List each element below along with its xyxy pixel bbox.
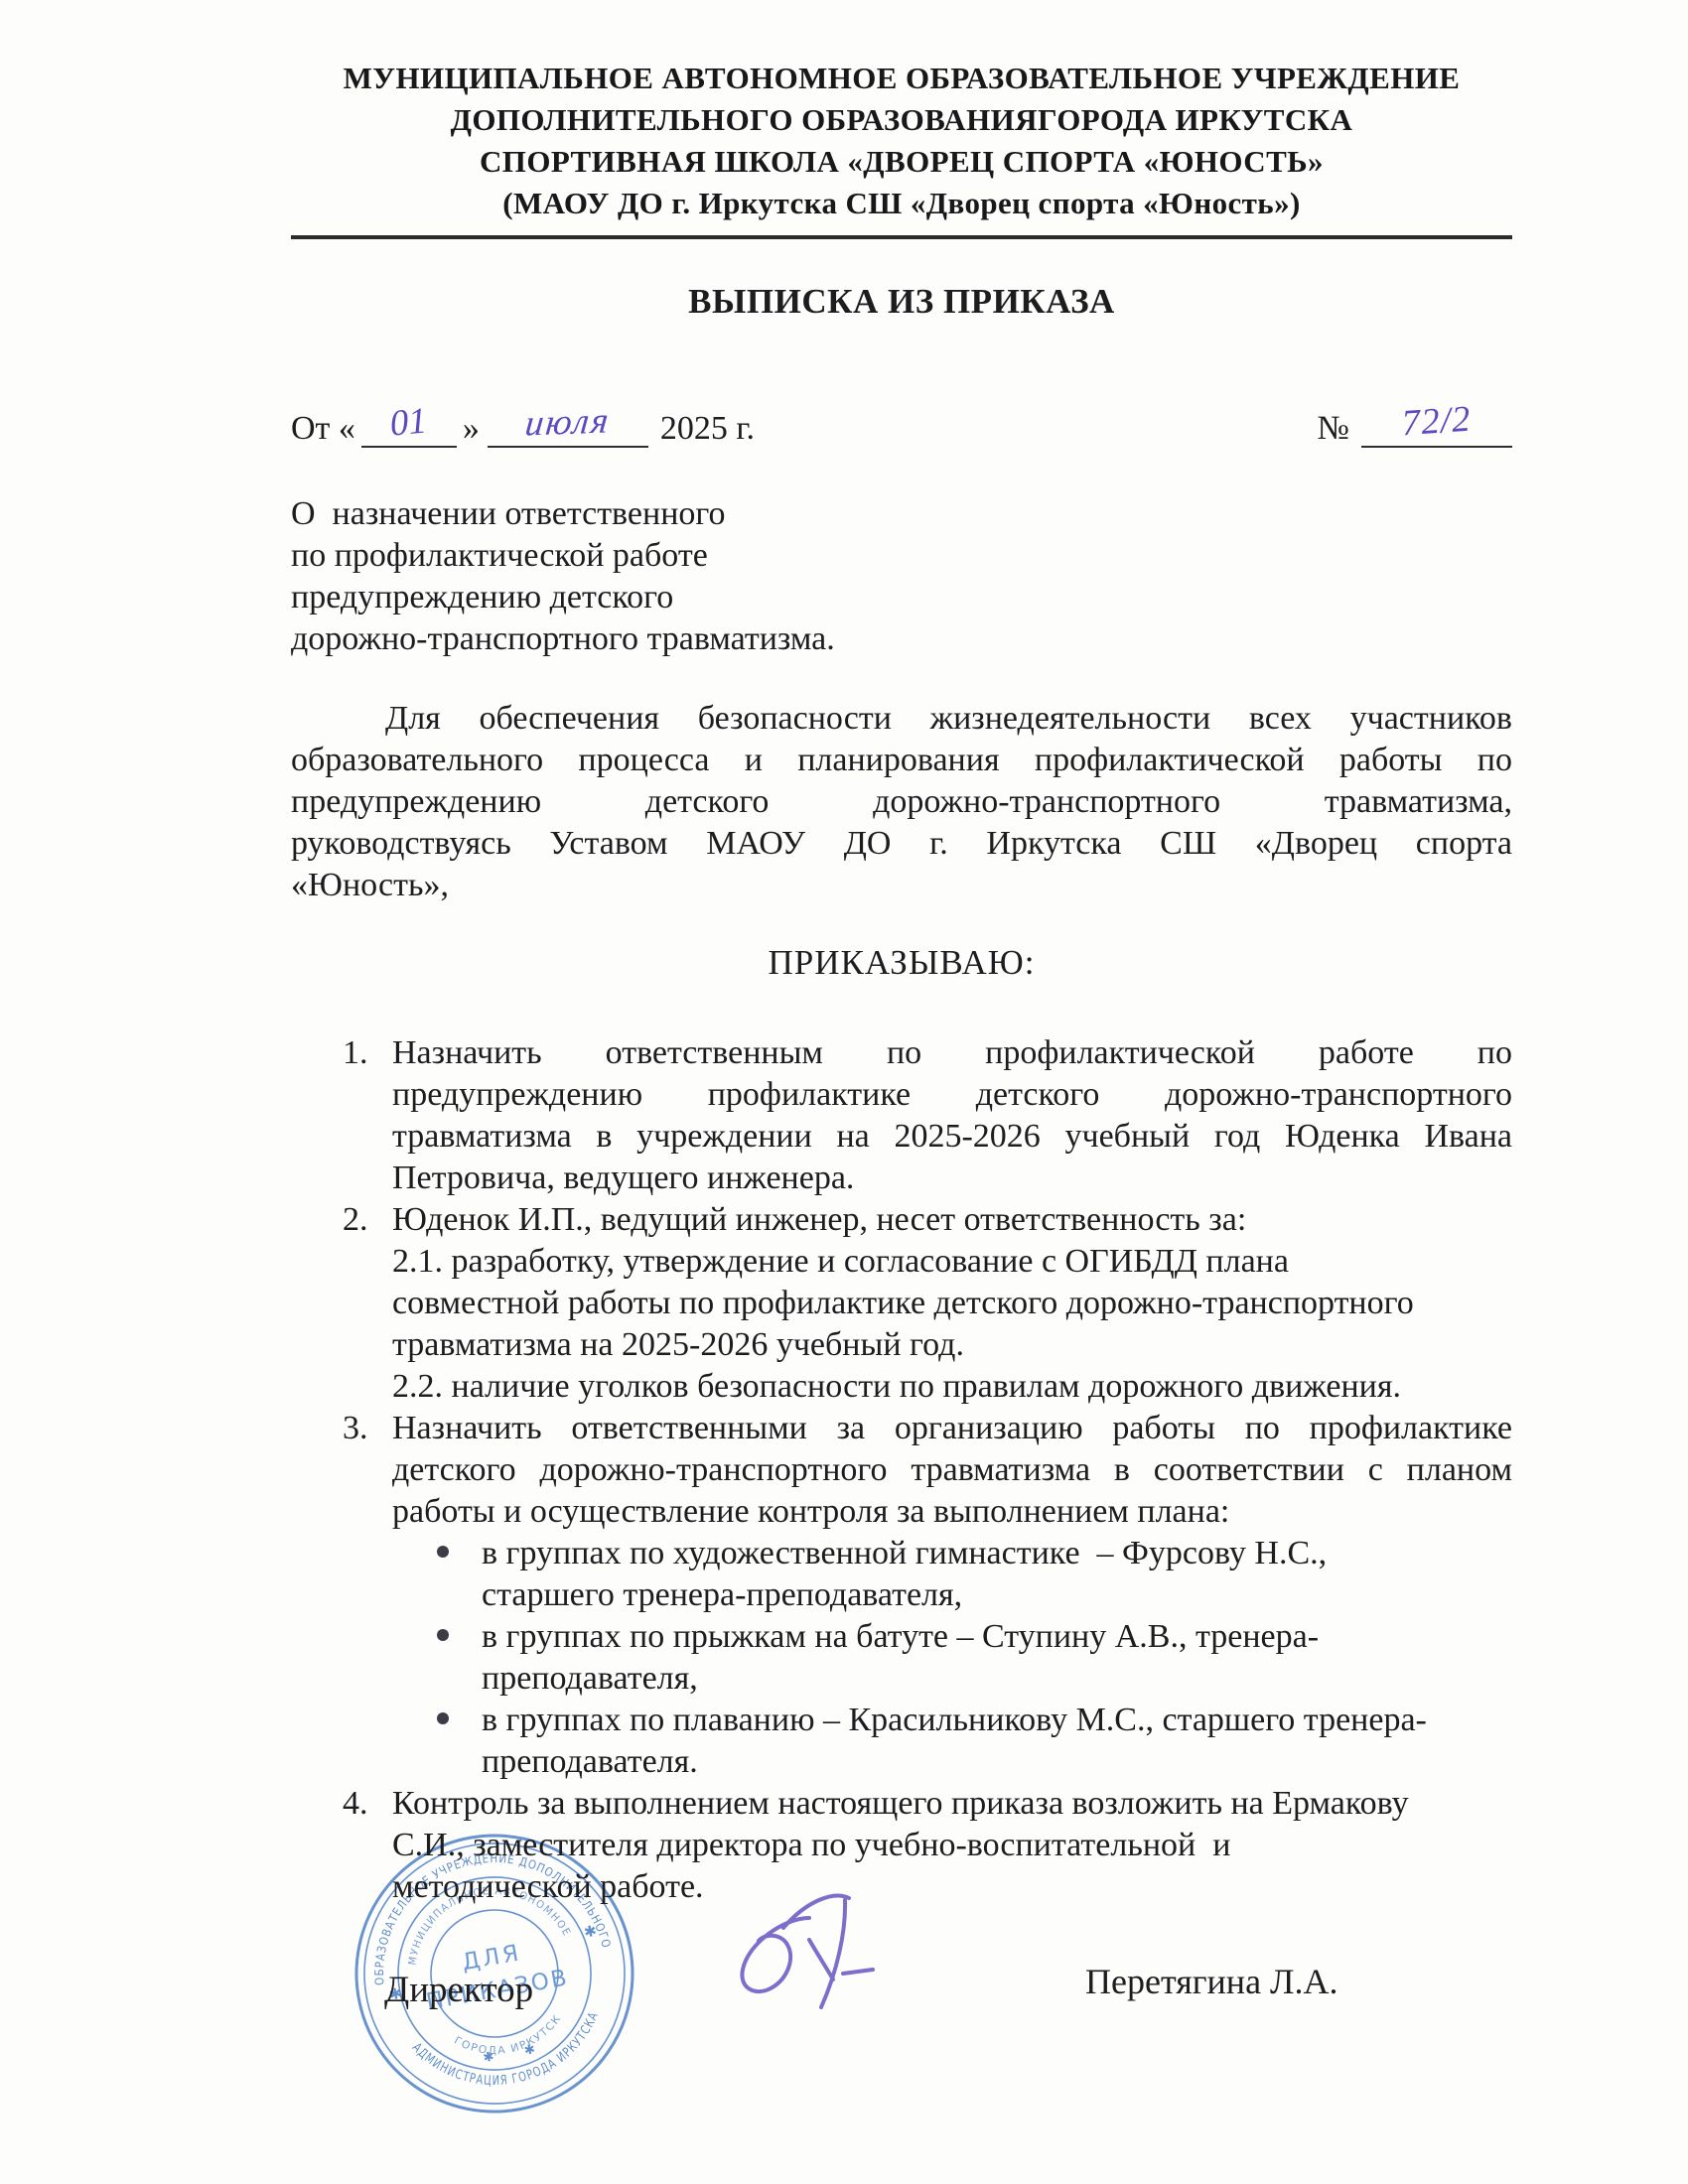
bullet-line: в группах по художественной гимнастике –… [482, 1533, 1512, 1574]
bullet-text: в группах по плаванию – Красильникову М.… [482, 1700, 1512, 1783]
sub-item-line: 2.1. разработку, утверждение и согласова… [392, 1241, 1512, 1283]
bullet-dot-icon [437, 1546, 449, 1558]
bullet-line: в группах по прыжкам на батуте – Ступину… [482, 1616, 1512, 1658]
item-number: 1. [343, 1032, 392, 1199]
org-name-line-4: (МАОУ ДО г. Иркутска СШ «Дворец спорта «… [291, 183, 1512, 224]
date-day-handwritten: 01 [389, 401, 429, 444]
subject-line-2: по профилактической работе [291, 535, 835, 577]
sub-item-line: травматизма на 2025-2026 учебный год. [392, 1324, 1512, 1366]
list-item-2: 2. Юденок И.П., ведущий инженер, несет о… [343, 1199, 1512, 1408]
handwritten-signature [726, 1882, 880, 2026]
org-name-line-1: МУНИЦИПАЛЬНОЕ АВТОНОМНОЕ ОБРАЗОВАТЕЛЬНОЕ… [291, 58, 1512, 99]
body-line: предупреждению детского дорожно-транспор… [291, 781, 1512, 823]
bullet-text: в группах по прыжкам на батуте – Ступину… [482, 1616, 1512, 1700]
bullet-line: в группах по плаванию – Красильникову М.… [482, 1700, 1512, 1741]
item-line: С.И., заместителя директора по учебно-во… [392, 1825, 1512, 1866]
item-number: 4. [343, 1783, 392, 1908]
item-line: Петровича, ведущего инженера. [392, 1158, 1512, 1199]
item-line: Назначить ответственными за организацию … [392, 1408, 1512, 1449]
bullet-item-1: в группах по художественной гимнастике –… [437, 1533, 1512, 1616]
bullet-line: преподавателя. [482, 1741, 1512, 1783]
subject-line-1: О назначении ответственного [291, 493, 835, 535]
body-line: «Юность», [291, 865, 1512, 906]
stamp-ring-text-bottom: АДМИНИСТРАЦИЯ ГОРОДА ИРКУТСКА [407, 2007, 612, 2104]
item-line: детского дорожно-транспортного травматиз… [392, 1449, 1512, 1491]
item-line: Назначить ответственным по профилактичес… [392, 1032, 1512, 1074]
bullet-dot-cell [437, 1700, 482, 1783]
date-month-underline: июля [488, 405, 648, 448]
item-content: Юденок И.П., ведущий инженер, несет отве… [392, 1199, 1512, 1408]
order-number-label: № [1318, 410, 1349, 448]
body-line: руководствуясь Уставом МАОУ ДО г. Иркутс… [291, 823, 1512, 865]
item-line: травматизма в учреждении на 2025-2026 уч… [392, 1116, 1512, 1158]
subject-line-4: дорожно-транспортного травматизма. [291, 618, 835, 660]
date-year: 2025 г. [660, 410, 755, 448]
item-line: Юденок И.П., ведущий инженер, несет отве… [392, 1199, 1512, 1241]
date-day-underline: 01 [361, 405, 457, 448]
list-item-3: 3. Назначить ответственными за организац… [343, 1408, 1512, 1783]
date-number-row: От « 01 » июля 2025 г. № 72/2 [291, 405, 1512, 448]
item-content: Назначить ответственным по профилактичес… [392, 1032, 1512, 1199]
sub-item-line: 2.2. наличие уголков безопасности по пра… [392, 1366, 1512, 1408]
list-item-1: 1. Назначить ответственным по профилакти… [343, 1032, 1512, 1199]
bullet-text: в группах по художественной гимнастике –… [482, 1533, 1512, 1616]
bullet-item-2: в группах по прыжкам на батуте – Ступину… [437, 1616, 1512, 1700]
bullet-item-3: в группах по плаванию – Красильникову М.… [437, 1700, 1512, 1783]
item-line: Контроль за выполнением настоящего прика… [392, 1783, 1512, 1825]
document-page: МУНИЦИПАЛЬНОЕ АВТОНОМНОЕ ОБРАЗОВАТЕЛЬНОЕ… [0, 0, 1688, 2184]
header-divider-rule [291, 235, 1512, 239]
bullet-dot-icon [437, 1629, 449, 1641]
body-line: образовательного процесса и планирования… [291, 740, 1512, 781]
signature-stroke [809, 1940, 833, 1979]
item-number: 2. [343, 1199, 392, 1408]
order-number-underline: 72/2 [1361, 405, 1512, 448]
signatory-name: Перетягина Л.А. [1085, 1961, 1337, 2002]
signature-stroke [821, 1900, 845, 2007]
item-content: Контроль за выполнением настоящего прика… [392, 1783, 1512, 1908]
bullet-line: старшего тренера-преподавателя, [482, 1574, 1512, 1616]
org-name-line-3: СПОРТИВНАЯ ШКОЛА «ДВОРЕЦ СПОРТА «ЮНОСТЬ» [291, 141, 1512, 183]
doc-title: ВЫПИСКА ИЗ ПРИКАЗА [291, 282, 1512, 322]
org-name-line-2: ДОПОЛНИТЕЛЬНОГО ОБРАЗОВАНИЯГОРОДА ИРКУТС… [291, 99, 1512, 141]
date-close-quote: » [463, 410, 480, 448]
resolve-word: ПРИКАЗЫВАЮ: [291, 943, 1512, 983]
sub-item-line: совместной работы по профилактике детско… [392, 1283, 1512, 1324]
list-item-4: 4. Контроль за выполнением настоящего пр… [343, 1783, 1512, 1908]
item-number: 3. [343, 1408, 392, 1783]
signature-stroke [843, 1970, 873, 1974]
subject-line-3: предупреждению детского [291, 577, 835, 618]
bullet-dot-cell [437, 1533, 482, 1616]
order-number-handwritten: 72/2 [1401, 400, 1473, 445]
body-paragraph: Для обеспечения безопасности жизнедеятел… [291, 698, 1512, 906]
item-line: методической работе. [392, 1866, 1512, 1908]
org-header: МУНИЦИПАЛЬНОЕ АВТОНОМНОЕ ОБРАЗОВАТЕЛЬНОЕ… [291, 58, 1512, 224]
body-line: Для обеспечения безопасности жизнедеятел… [291, 698, 1512, 740]
director-label: Директор [384, 1969, 533, 2011]
order-items-list: 1. Назначить ответственным по профилакти… [343, 1032, 1512, 1908]
bullet-line: преподавателя, [482, 1658, 1512, 1700]
bullet-dot-icon [437, 1712, 449, 1724]
signature-stroke [742, 1918, 809, 1991]
bullet-dot-cell [437, 1616, 482, 1700]
date-prefix: От « [291, 410, 355, 448]
item-content: Назначить ответственными за организацию … [392, 1408, 1512, 1783]
item-line: работы и осуществление контроля за выпол… [392, 1491, 1512, 1533]
svg-text:АДМИНИСТРАЦИЯ ГОРОДА ИРКУТСКА: АДМИНИСТРАЦИЯ ГОРОДА ИРКУТСКА [407, 2007, 612, 2104]
item-line: предупреждению профилактике детского дор… [392, 1074, 1512, 1116]
date-month-handwritten: июля [523, 402, 613, 445]
subject-block: О назначении ответственного по профилакт… [291, 493, 835, 660]
signature-stroke [783, 1896, 849, 1928]
